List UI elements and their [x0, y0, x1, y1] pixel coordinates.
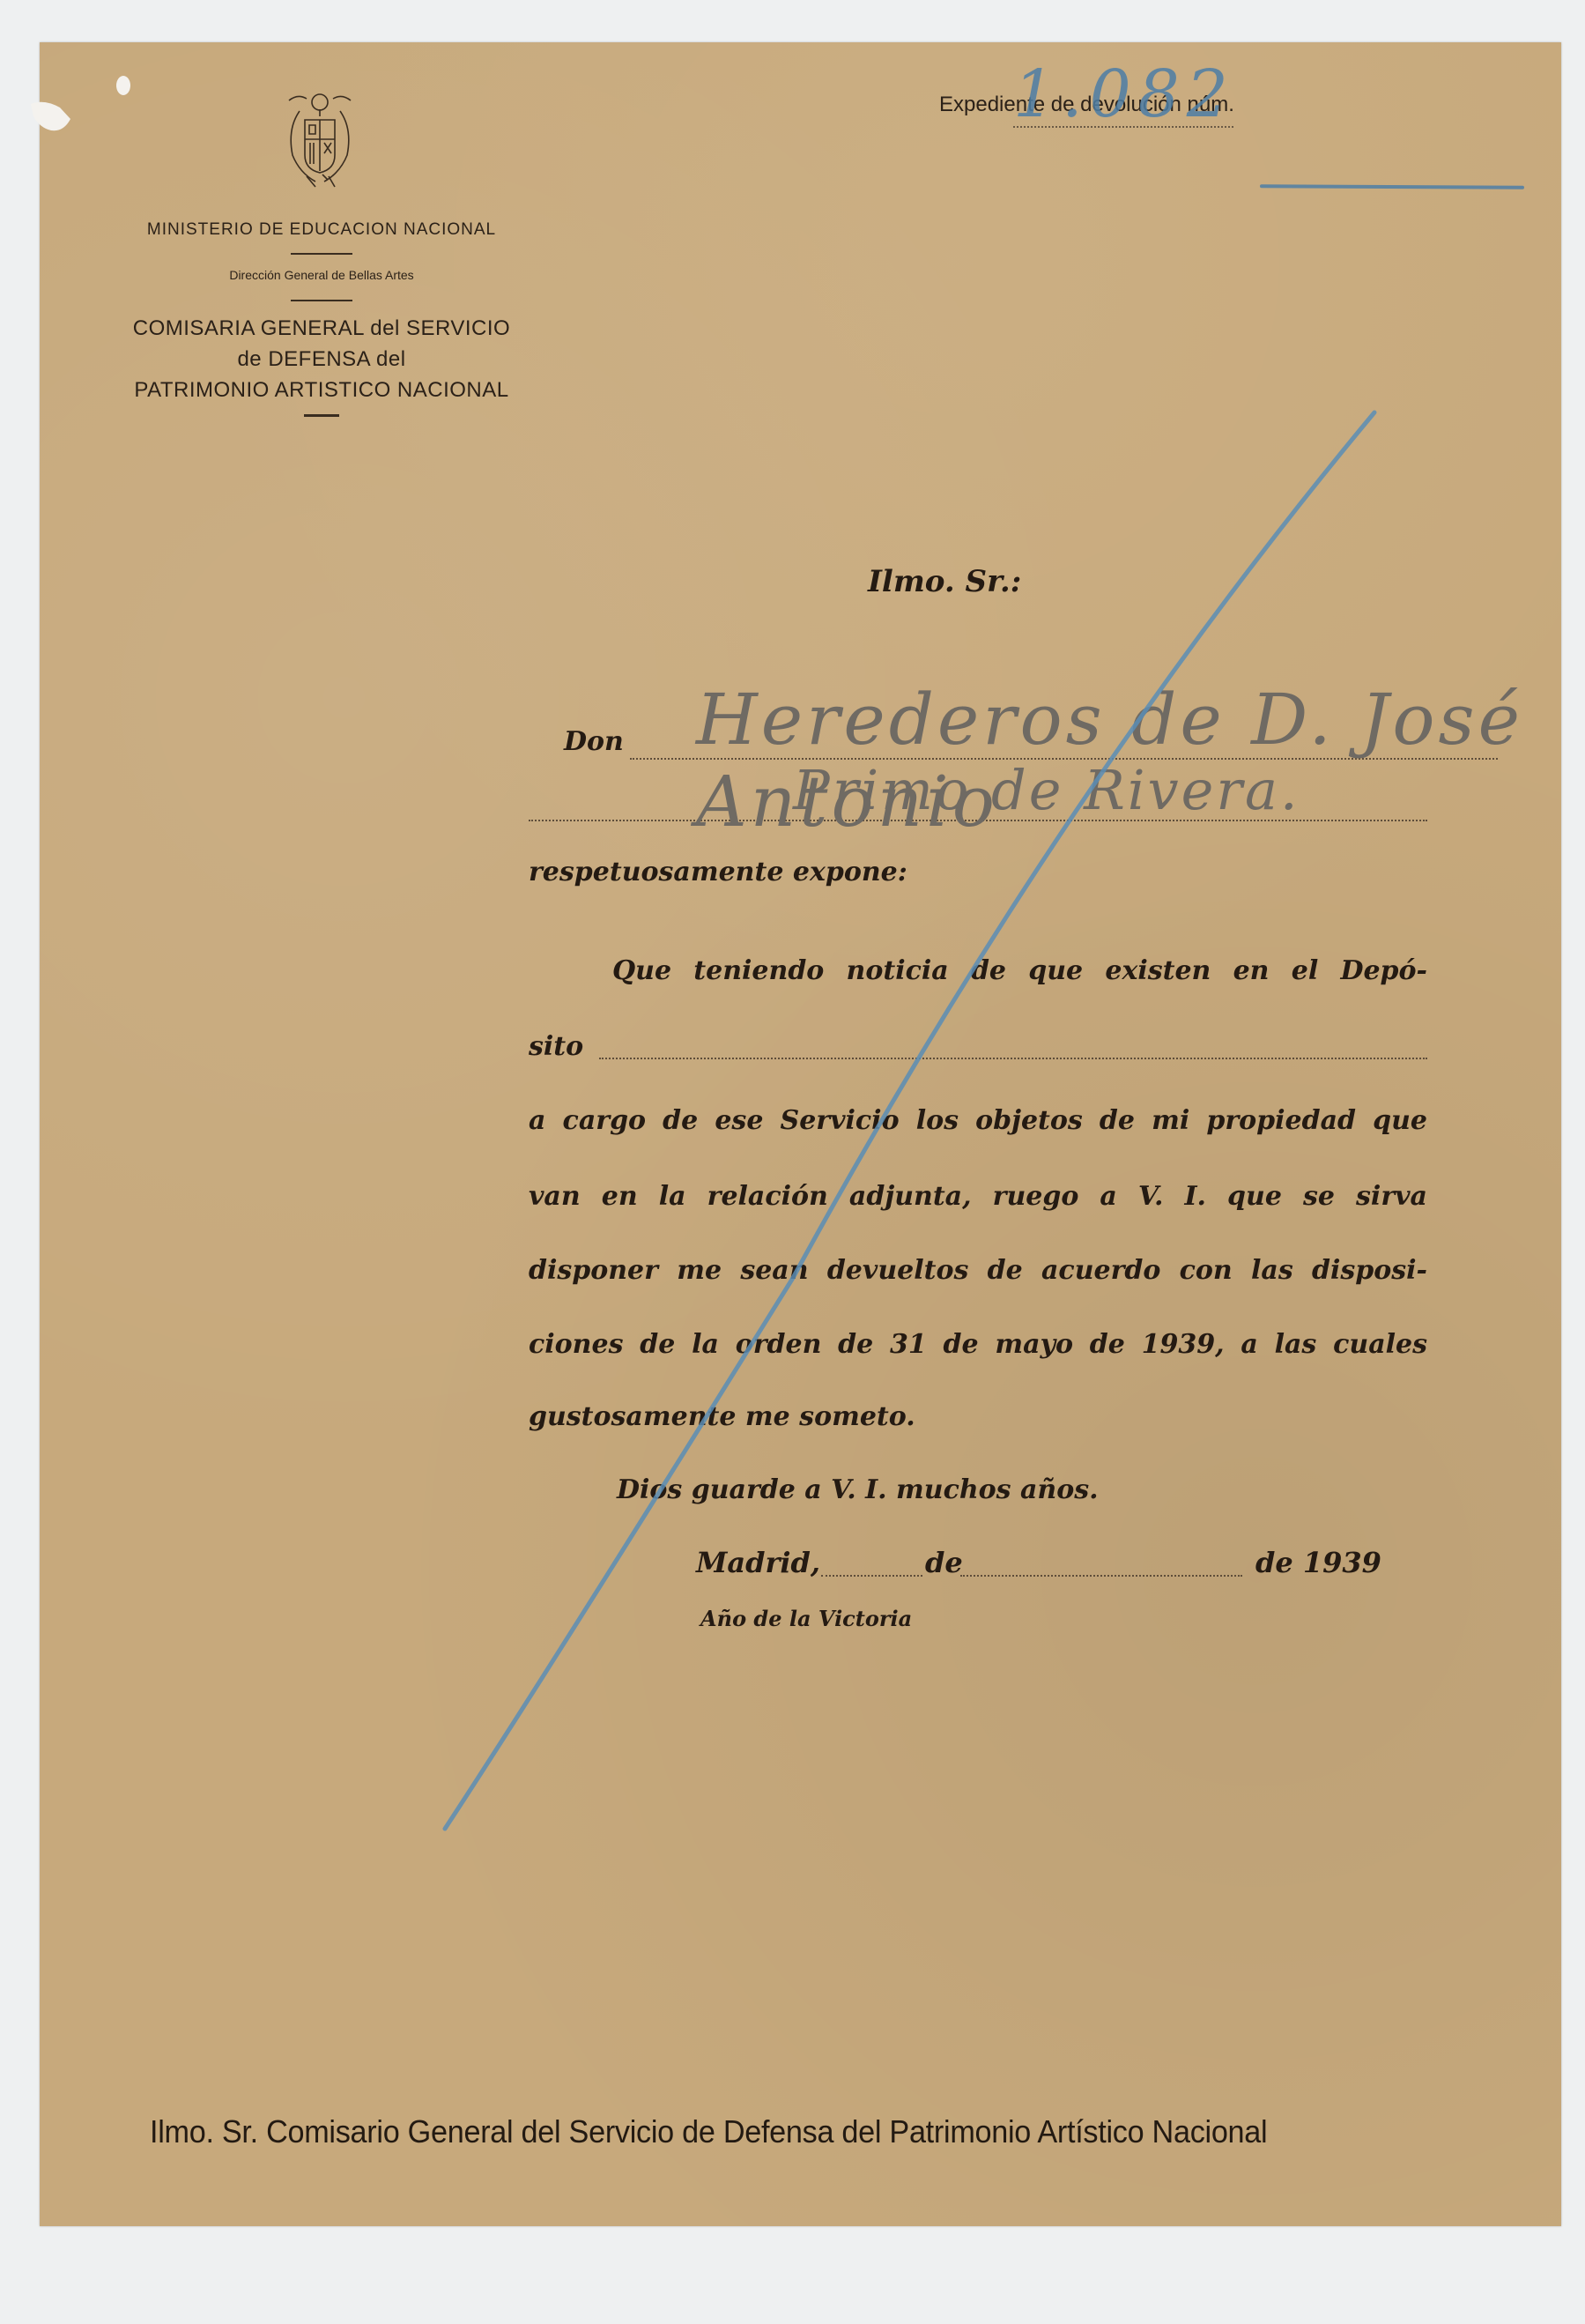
body-line-5: disponer me sean devueltos de acuerdo co… — [529, 1255, 1427, 1286]
divider — [304, 414, 339, 417]
ano-victoria: Año de la Victoria — [700, 1606, 912, 1631]
body-line-4: van en la relación adjunta, ruego a V. I… — [529, 1181, 1427, 1212]
deposito-field[interactable] — [599, 1058, 1427, 1059]
comisaria-line-2: de DEFENSA del — [106, 344, 537, 375]
month-field[interactable] — [960, 1575, 1242, 1577]
direccion-subheading: Dirección General de Bellas Artes — [106, 268, 537, 282]
punch-hole-marks — [0, 0, 176, 176]
body-line-1: Que teniendo noticia de que existen en e… — [612, 955, 1427, 986]
coat-of-arms-icon — [280, 85, 359, 190]
date-year: de 1939 — [1255, 1546, 1381, 1579]
footer-addressee: Ilmo. Sr. Comisario General del Servicio… — [150, 2113, 1267, 2150]
date-de-label: de — [925, 1546, 963, 1579]
body-line-3: a cargo de ese Servicio los objetos de m… — [529, 1105, 1427, 1136]
expediente-number-handwritten: 1.082 — [1013, 56, 1235, 132]
comisaria-line-1: COMISARIA GENERAL del SERVICIO — [106, 313, 537, 344]
ministerio-heading: MINISTERIO DE EDUCACION NACIONAL — [106, 220, 537, 240]
handwritten-name-line-2: Primo de Rivera. — [793, 758, 1300, 822]
expone-text: respetuosamente expone: — [529, 857, 907, 887]
salutation: Ilmo. Sr.: — [868, 564, 1021, 599]
day-field[interactable] — [821, 1575, 922, 1577]
divider — [291, 300, 352, 301]
don-label: Don — [564, 726, 624, 757]
closing-formula: Dios guarde a V. I. muchos años. — [617, 1474, 1099, 1505]
divider — [291, 253, 352, 255]
body-line-6: ciones de la orden de 31 de mayo de 1939… — [529, 1329, 1427, 1360]
place-label: Madrid, — [696, 1546, 820, 1579]
comisaria-line-3: PATRIMONIO ARTISTICO NACIONAL — [106, 375, 537, 405]
body-line-7: gustosamente me someto. — [529, 1401, 1427, 1432]
